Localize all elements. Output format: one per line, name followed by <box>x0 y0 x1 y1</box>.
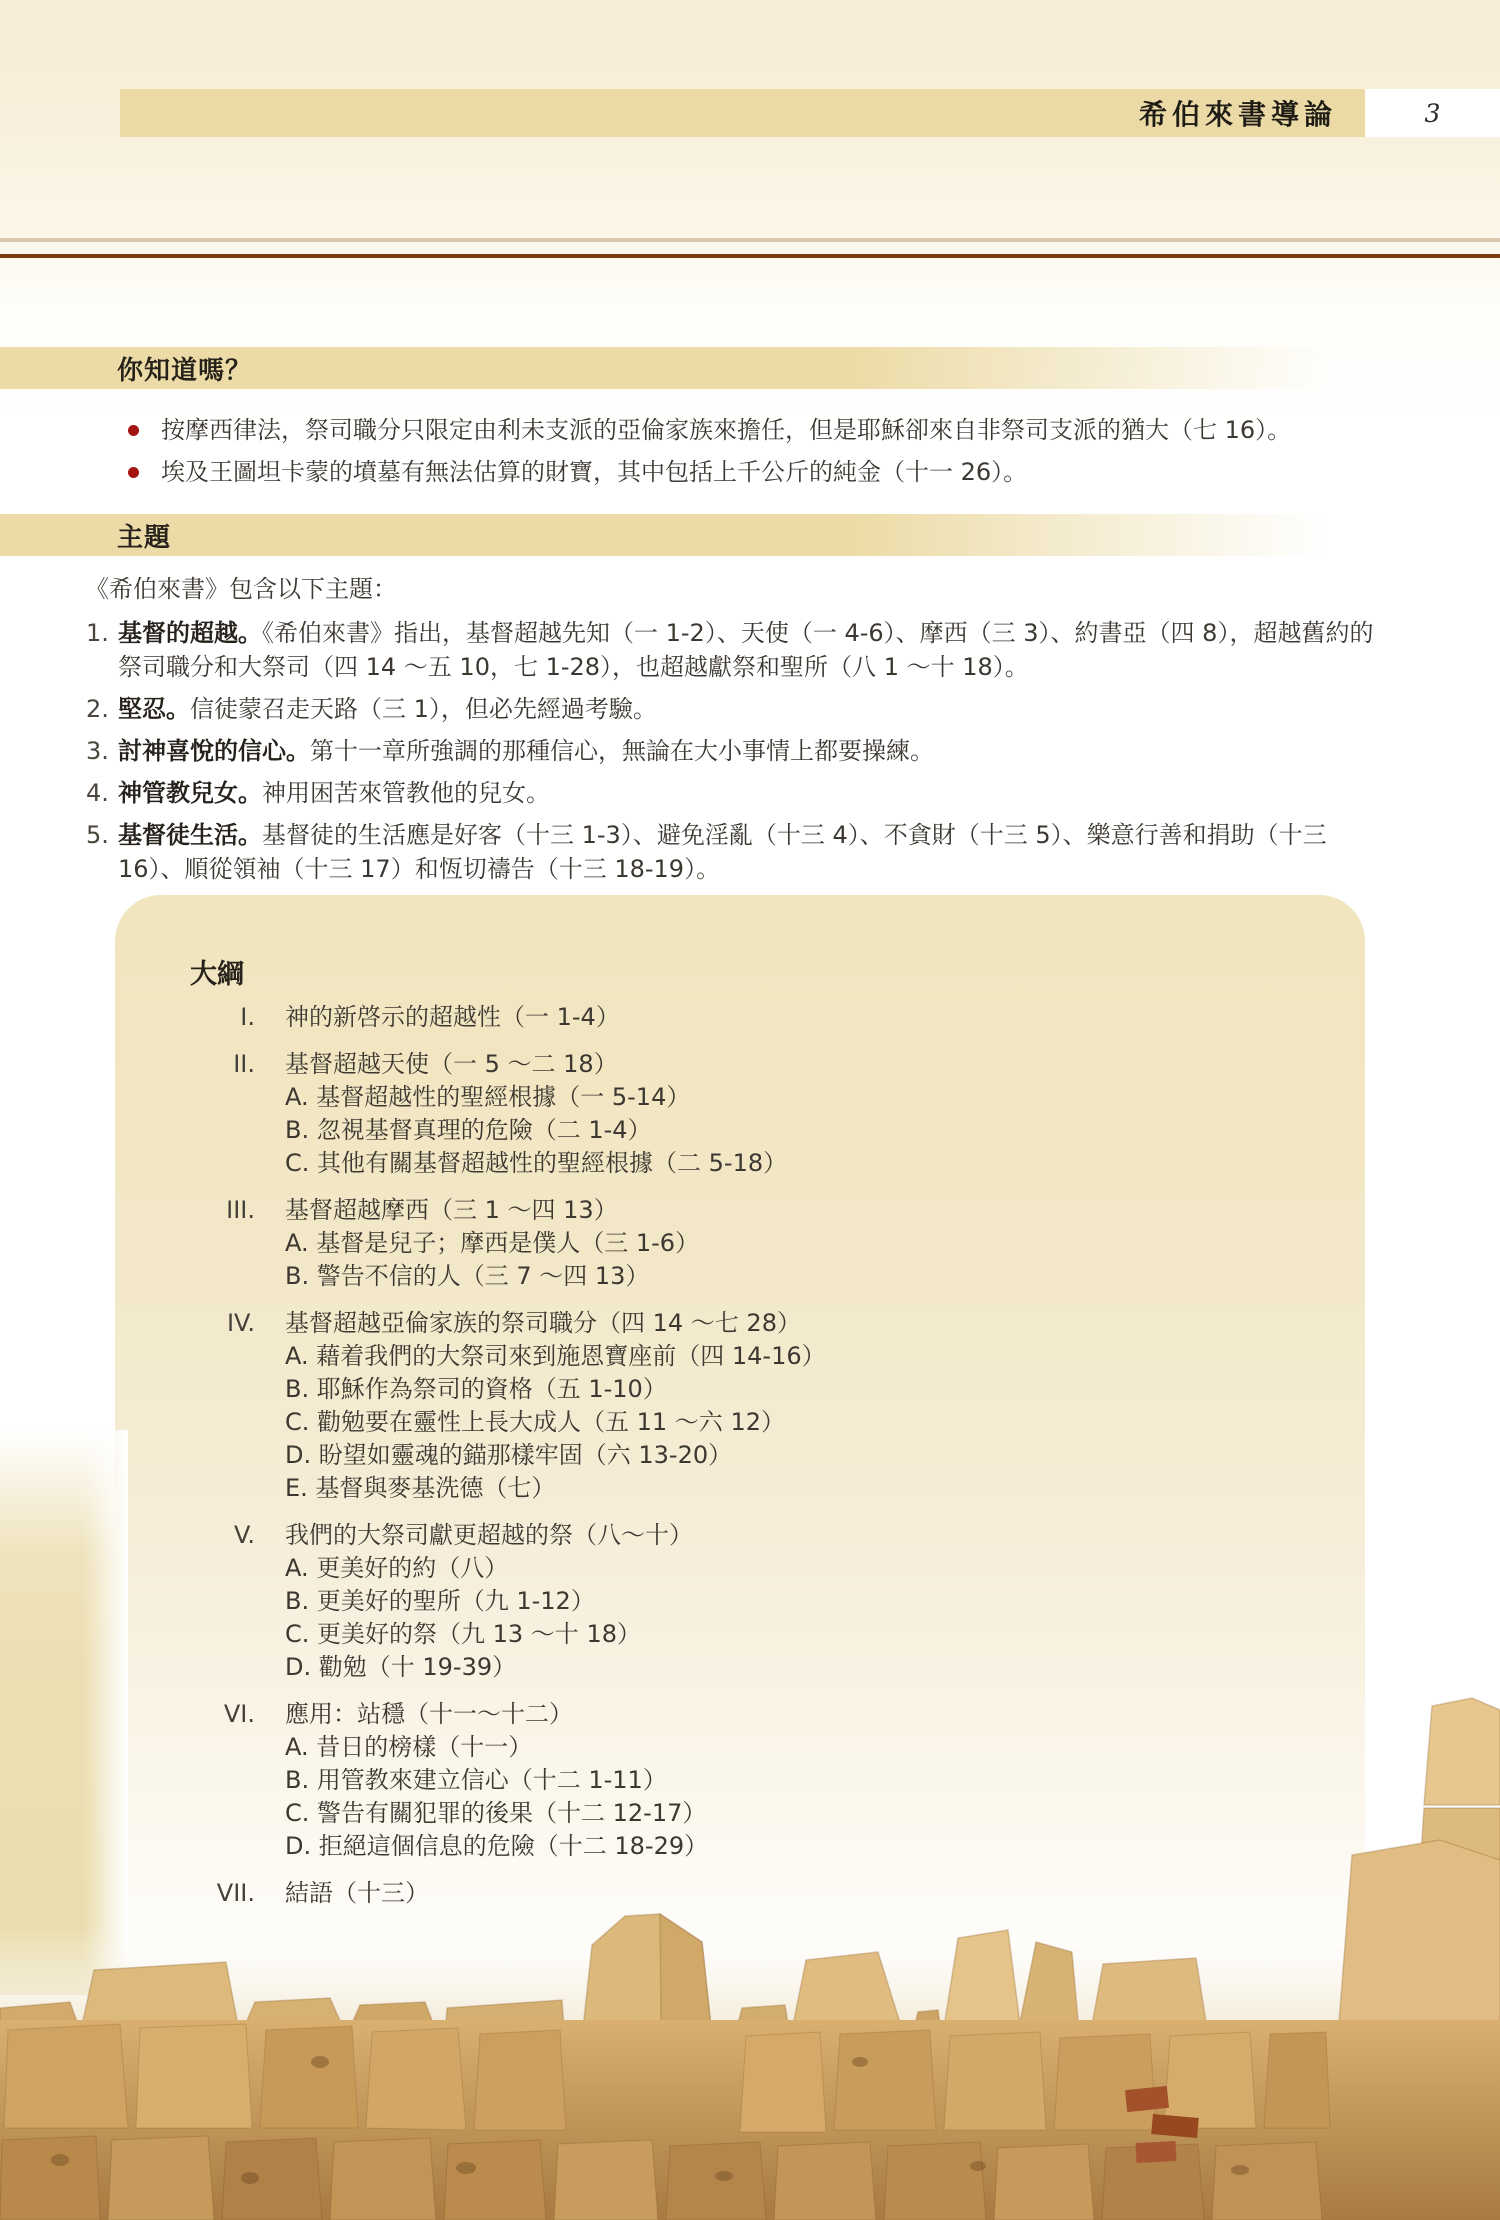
theme-item: 4. 神管教兒女。神用困苦來管教他的兒女。 <box>0 776 1430 810</box>
outline-sub-item: E. 基督與麥基洗德（七） <box>190 1472 1325 1505</box>
outline-sub-item: A. 更美好的約（八） <box>190 1552 1325 1585</box>
outline-group-numeral: IV. <box>190 1307 255 1340</box>
outline-group-title-row: IV. 基督超越亞倫家族的祭司職分（四 14 ～七 28） <box>190 1307 1325 1340</box>
horizontal-rule-dark <box>0 254 1500 258</box>
outline-sub-item: B. 耶穌作為祭司的資格（五 1-10） <box>190 1373 1325 1406</box>
horizontal-rule-light <box>0 238 1500 242</box>
theme-text: 堅忍。信徒蒙召走天路（三 1），但必先經過考驗。 <box>118 692 1430 726</box>
outline-sub-item: D. 勸勉（十 19-39） <box>190 1651 1325 1684</box>
outline-group-numeral: V. <box>190 1519 255 1552</box>
theme-number: 3. <box>86 734 118 768</box>
outline-group-numeral: I. <box>190 1001 255 1034</box>
outline-group-title-row: II. 基督超越天使（一 5 ～二 18） <box>190 1048 1325 1081</box>
bullet-item: 埃及王圖坦卡蒙的墳墓有無法估算的財寶，其中包括上千公斤的純金（十一 26）。 <box>0 456 1420 489</box>
theme-item: 3. 討神喜悅的信心。第十一章所強調的那種信心，無論在大小事情上都要操練。 <box>0 734 1430 768</box>
theme-body-text: 神用困苦來管教他的兒女。 <box>262 779 550 807</box>
outline-group-title-row: III. 基督超越摩西（三 1 ～四 13） <box>190 1194 1325 1227</box>
outline-sub-item: B. 警告不信的人（三 7 ～四 13） <box>190 1260 1325 1293</box>
outline-group-title-row: I. 神的新啓示的超越性（一 1-4） <box>190 1001 1325 1034</box>
outline-group-numeral: II. <box>190 1048 255 1081</box>
themes-intro: 《希伯來書》包含以下主題： <box>85 572 1430 606</box>
theme-number: 2. <box>86 692 118 726</box>
bullet-item: 按摩西律法，祭司職分只限定由利未支派的亞倫家族來擔任，但是耶穌卻來自非祭司支派的… <box>0 414 1420 447</box>
outline-sub-item: B. 更美好的聖所（九 1-12） <box>190 1585 1325 1618</box>
bullet-dot-icon <box>128 425 139 436</box>
outline-sub-item: A. 基督超越性的聖經根據（一 5-14） <box>190 1081 1325 1114</box>
theme-body-text: 《希伯來書》指出，基督超越先知（一 1-2）、天使（一 4-6）、摩西（三 3）… <box>118 619 1373 681</box>
outline-group-title: 基督超越摩西（三 1 ～四 13） <box>255 1194 618 1227</box>
didyouknow-heading: 你知道嗎？ <box>117 350 252 387</box>
themes-heading-bar: 主題 <box>0 514 1370 556</box>
outline-sub-item: B. 忽視基督真理的危險（二 1-4） <box>190 1114 1325 1147</box>
bullet-text: 按摩西律法，祭司職分只限定由利未支派的亞倫家族來擔任，但是耶穌卻來自非祭司支派的… <box>161 414 1331 447</box>
document-page: 希伯來書導論 3 你知道嗎？ 按摩西律法，祭司職分只限定由利未支派的亞倫家族來擔… <box>0 0 1500 2220</box>
outline-group: II. 基督超越天使（一 5 ～二 18） A. 基督超越性的聖經根據（一 5-… <box>190 1048 1325 1180</box>
outline-group: III. 基督超越摩西（三 1 ～四 13） A. 基督是兒子；摩西是僕人（三 … <box>190 1194 1325 1293</box>
themes-heading: 主題 <box>117 517 171 554</box>
outline-sub-item: C. 更美好的祭（九 13 ～十 18） <box>190 1618 1325 1651</box>
theme-text: 神管教兒女。神用困苦來管教他的兒女。 <box>118 776 1430 810</box>
theme-number: 5. <box>86 818 118 886</box>
theme-lead: 基督徒生活。 <box>118 821 262 849</box>
outline-group-numeral: III. <box>190 1194 255 1227</box>
theme-body-text: 信徒蒙召走天路（三 1），但必先經過考驗。 <box>190 695 657 723</box>
page-header-bar: 希伯來書導論 <box>120 89 1365 137</box>
didyouknow-heading-bar: 你知道嗎？ <box>0 347 1370 389</box>
didyouknow-list: 按摩西律法，祭司職分只限定由利未支派的亞倫家族來擔任，但是耶穌卻來自非祭司支派的… <box>0 414 1420 498</box>
outline-sub-item: D. 盼望如靈魂的錨那樣牢固（六 13-20） <box>190 1439 1325 1472</box>
theme-lead: 基督的超越。 <box>118 619 262 647</box>
outline-group-title-row: V. 我們的大祭司獻更超越的祭（八～十） <box>190 1519 1325 1552</box>
page-title: 希伯來書導論 <box>1139 93 1337 133</box>
themes-section: 《希伯來書》包含以下主題： 1. 基督的超越。《希伯來書》指出，基督超越先知（一… <box>0 572 1430 894</box>
stone-wall-photo <box>0 1690 1500 2220</box>
outline-group: V. 我們的大祭司獻更超越的祭（八～十） A. 更美好的約（八） B. 更美好的… <box>190 1519 1325 1684</box>
bullet-dot-icon <box>128 467 139 478</box>
theme-lead: 討神喜悅的信心。 <box>118 737 310 765</box>
outline-sub-item: A. 藉着我們的大祭司來到施恩寶座前（四 14-16） <box>190 1340 1325 1373</box>
outline-group-title: 我們的大祭司獻更超越的祭（八～十） <box>255 1519 693 1552</box>
outline-group-title: 神的新啓示的超越性（一 1-4） <box>255 1001 620 1034</box>
theme-lead: 堅忍。 <box>118 695 190 723</box>
outline-group: I. 神的新啓示的超越性（一 1-4） <box>190 1001 1325 1034</box>
outline-sub-item: A. 基督是兒子；摩西是僕人（三 1-6） <box>190 1227 1325 1260</box>
theme-text: 基督的超越。《希伯來書》指出，基督超越先知（一 1-2）、天使（一 4-6）、摩… <box>118 616 1430 684</box>
outline-heading: 大綱 <box>190 952 1325 991</box>
theme-text: 討神喜悅的信心。第十一章所強調的那種信心，無論在大小事情上都要操練。 <box>118 734 1430 768</box>
theme-item: 5. 基督徒生活。基督徒的生活應是好客（十三 1-3）、避免淫亂（十三 4）、不… <box>0 818 1430 886</box>
page-number-box: 3 <box>1365 89 1500 137</box>
outline-group: IV. 基督超越亞倫家族的祭司職分（四 14 ～七 28） A. 藉着我們的大祭… <box>190 1307 1325 1505</box>
theme-body-text: 基督徒的生活應是好客（十三 1-3）、避免淫亂（十三 4）、不貪財（十三 5）、… <box>118 821 1327 883</box>
theme-text: 基督徒生活。基督徒的生活應是好客（十三 1-3）、避免淫亂（十三 4）、不貪財（… <box>118 818 1430 886</box>
outline-sub-item: C. 勸勉要在靈性上長大成人（五 11 ～六 12） <box>190 1406 1325 1439</box>
theme-number: 4. <box>86 776 118 810</box>
page-number: 3 <box>1425 99 1441 128</box>
bullet-text: 埃及王圖坦卡蒙的墳墓有無法估算的財寶，其中包括上千公斤的純金（十一 26）。 <box>161 456 1067 489</box>
theme-lead: 神管教兒女。 <box>118 779 262 807</box>
theme-number: 1. <box>86 616 118 684</box>
theme-body-text: 第十一章所強調的那種信心，無論在大小事情上都要操練。 <box>310 737 934 765</box>
outline-sub-item: C. 其他有關基督超越性的聖經根據（二 5-18） <box>190 1147 1325 1180</box>
theme-item: 1. 基督的超越。《希伯來書》指出，基督超越先知（一 1-2）、天使（一 4-6… <box>0 616 1430 684</box>
theme-item: 2. 堅忍。信徒蒙召走天路（三 1），但必先經過考驗。 <box>0 692 1430 726</box>
outline-group-title: 基督超越天使（一 5 ～二 18） <box>255 1048 618 1081</box>
outline-group-title: 基督超越亞倫家族的祭司職分（四 14 ～七 28） <box>255 1307 801 1340</box>
